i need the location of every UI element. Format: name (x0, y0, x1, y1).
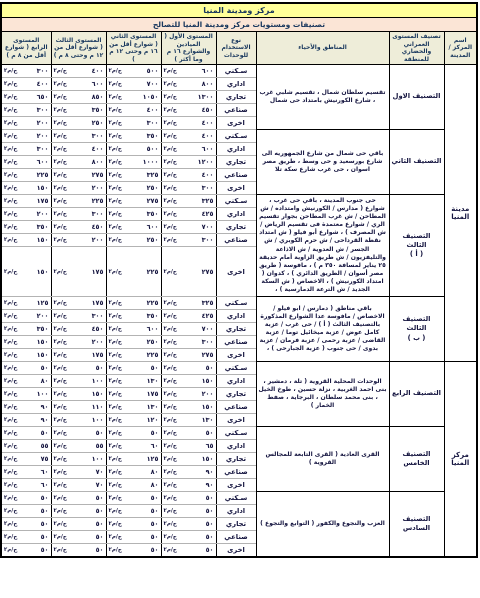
price-wrap: ٥٠ج/م٢ (54, 364, 104, 372)
price-cell-level-4: ٣٠٠ج/م٢ (1, 143, 51, 156)
areas-cell: القرى العادية ( القرى التابعة للمجالس ال… (256, 427, 389, 492)
price-unit: ج/م٢ (4, 534, 17, 540)
page-subtitle: تصنيفات ومستويات مركز ومدينة المنيا للتص… (1, 18, 477, 32)
price-unit: ج/م٢ (54, 469, 67, 475)
usage-type-cell: سـكني (216, 362, 256, 375)
price-cell-level-1: ٨٠٠ج/م٢ (161, 78, 216, 91)
price-wrap: ٣٠٠ج/م٢ (4, 106, 49, 114)
price-cell-level-2: ٥٠ج/م٢ (106, 505, 161, 518)
price-unit: ج/م٢ (4, 365, 17, 371)
price-unit: ج/م٢ (109, 185, 122, 191)
price-unit: ج/م٢ (54, 443, 67, 449)
table-body: مدينة المنياالتصنيف الاولتقسيم سلطان شما… (1, 65, 477, 557)
price-wrap: ١٥٠ج/م٢ (4, 236, 49, 244)
price-cell-level-3: ٤٠٠ج/م٢ (51, 143, 106, 156)
price-wrap: ٣٥٠ج/م٢ (54, 106, 104, 114)
price-cell-level-1: ١٢٠٠ج/م٢ (161, 156, 216, 169)
price-value: ٣٠٠ (202, 184, 214, 192)
price-unit: ج/م٢ (4, 339, 17, 345)
price-wrap: ٥٠ج/م٢ (109, 364, 159, 372)
price-value: ١١٠ (92, 403, 104, 411)
price-value: ٥٠ (151, 429, 159, 437)
price-cell-level-4: ٦٠ج/م٢ (1, 466, 51, 479)
price-wrap: ٢٢٥ج/م٢ (4, 171, 49, 179)
price-wrap: ٧٠ج/م٢ (54, 481, 104, 489)
price-cell-level-2: ٥٠ج/م٢ (106, 518, 161, 531)
price-unit: ج/م٢ (109, 159, 122, 165)
price-unit: ج/م٢ (4, 120, 17, 126)
price-cell-level-3: ٨٥٠ج/م٢ (51, 91, 106, 104)
price-value: ٢٠٠ (92, 236, 104, 244)
price-cell-level-4: ٩٠ج/م٢ (1, 401, 51, 414)
price-cell-level-1: ٢٧٥ج/م٢ (161, 349, 216, 362)
price-value: ٣٥٠ (37, 223, 49, 231)
price-unit: ج/م٢ (4, 391, 17, 397)
price-cell-level-2: ١٢٠ج/م٢ (106, 414, 161, 427)
price-value: ٥٠ (151, 533, 159, 541)
price-wrap: ٥٠ج/م٢ (4, 533, 49, 541)
price-value: ٤٠٠ (147, 106, 159, 114)
price-wrap: ٨٠٠ج/م٢ (54, 158, 104, 166)
price-unit: ج/م٢ (164, 417, 177, 423)
price-cell-level-2: ٦٠٠ج/م٢ (106, 323, 161, 336)
classification-cell: التصنيف الثالث ( أ ) (389, 195, 444, 297)
price-unit: ج/م٢ (109, 300, 122, 306)
price-value: ٦٠٠ (92, 80, 104, 88)
price-wrap: ٥٠ج/م٢ (164, 494, 214, 502)
price-unit: ج/م٢ (109, 269, 122, 275)
price-cell-level-4: ٢٠٠ج/م٢ (1, 130, 51, 143)
price-wrap: ٥٠ج/م٢ (109, 507, 159, 515)
usage-type-cell: اخرى (216, 544, 256, 557)
price-cell-level-4: ١٥٠ج/م٢ (1, 247, 51, 297)
price-cell-level-4: ٣٥٠ج/م٢ (1, 221, 51, 234)
price-unit: ج/م٢ (109, 146, 122, 152)
price-wrap: ٦٠ج/م٢ (4, 468, 49, 476)
price-value: ٥٠ (96, 533, 104, 541)
price-value: ١٠٠ (92, 416, 104, 424)
price-cell-level-1: ١٣٠ج/م٢ (161, 414, 216, 427)
price-value: ٥٠ (41, 520, 49, 528)
price-wrap: ٤٠٠ج/م٢ (164, 119, 214, 127)
price-value: ١٥٠ (37, 236, 49, 244)
price-unit: ج/م٢ (54, 417, 67, 423)
price-cell-level-3: ١٠٠ج/م٢ (51, 414, 106, 427)
price-wrap: ١٢٠٠ج/م٢ (164, 158, 214, 166)
usage-type-cell: تجاري (216, 453, 256, 466)
price-unit: ج/م٢ (109, 120, 122, 126)
price-cell-level-2: ٢٢٥ج/م٢ (106, 297, 161, 310)
price-value: ٣٠٠ (37, 67, 49, 75)
price-unit: ج/م٢ (54, 430, 67, 436)
usage-type-cell: اخرى (216, 349, 256, 362)
price-cell-level-2: ٥٠ج/م٢ (106, 492, 161, 505)
price-unit: ج/م٢ (54, 534, 67, 540)
price-value: ٧٠٠ (147, 80, 159, 88)
price-cell-level-3: ٧٠ج/م٢ (51, 479, 106, 492)
price-wrap: ٨٠٠ج/م٢ (164, 80, 214, 88)
price-unit: ج/م٢ (4, 547, 17, 553)
price-unit: ج/م٢ (4, 352, 17, 358)
price-cell-level-4: ١٧٥ج/م٢ (1, 195, 51, 208)
usage-type-cell: اخرى (216, 479, 256, 492)
price-value: ٣٢٥ (147, 171, 159, 179)
price-value: ١٥٠ (92, 390, 104, 398)
price-wrap: ٢٢٥ج/م٢ (109, 351, 159, 359)
price-wrap: ١٢٥ج/م٢ (109, 455, 159, 463)
price-value: ٤٠٠ (37, 80, 49, 88)
price-wrap: ٣٠٠ج/م٢ (164, 338, 214, 346)
usage-type-cell: صناعي (216, 169, 256, 182)
price-unit: ج/م٢ (4, 94, 17, 100)
price-cell-level-1: ٤٠٠ج/م٢ (161, 130, 216, 143)
price-cell-level-3: ٥٠ج/م٢ (51, 492, 106, 505)
price-wrap: ٦٠٠ج/م٢ (109, 325, 159, 333)
price-cell-level-3: ٤٥٠ج/م٢ (51, 323, 106, 336)
price-cell-level-1: ٥٠ج/م٢ (161, 505, 216, 518)
classification-cell: التصنيف السادس (389, 492, 444, 557)
price-cell-level-2: ١٢٥ج/م٢ (106, 453, 161, 466)
price-value: ٣٠٠ (202, 236, 214, 244)
usage-type-cell: صناعي (216, 336, 256, 349)
price-cell-level-2: ٥٠ج/م٢ (106, 362, 161, 375)
price-wrap: ٥٠ج/م٢ (4, 429, 49, 437)
price-wrap: ١٥٠ج/م٢ (4, 268, 49, 276)
price-unit: ج/م٢ (54, 495, 67, 501)
usage-type-cell: اداري (216, 310, 256, 323)
price-unit: ج/م٢ (4, 521, 17, 527)
price-cell-level-4: ٥٠ج/م٢ (1, 505, 51, 518)
price-unit: ج/م٢ (164, 81, 177, 87)
price-cell-level-1: ٤٠٠ج/م٢ (161, 169, 216, 182)
price-value: ٧٥ (41, 455, 49, 463)
price-wrap: ٥٠ج/م٢ (164, 507, 214, 515)
price-cell-level-3: ٢٢٥ج/م٢ (51, 195, 106, 208)
price-wrap: ٢٢٥ج/م٢ (109, 268, 159, 276)
price-cell-level-2: ٢٢٥ج/م٢ (106, 247, 161, 297)
price-value: ٦٠٠ (37, 158, 49, 166)
price-cell-level-3: ١٧٥ج/م٢ (51, 247, 106, 297)
price-cell-level-2: ٣٥٠ج/م٢ (106, 310, 161, 323)
price-value: ٤٥٠ (92, 325, 104, 333)
price-wrap: ٦٠ج/م٢ (4, 481, 49, 489)
price-cell-level-3: ١٠٠ج/م٢ (51, 375, 106, 388)
price-cell-level-2: ٦٠ج/م٢ (106, 440, 161, 453)
price-cell-level-3: ٥٠ج/م٢ (51, 427, 106, 440)
areas-cell: باقي مناطق ( دمارس / ابو فيلو / الاخصاص … (256, 297, 389, 362)
price-unit: ج/م٢ (4, 469, 17, 475)
price-cell-level-4: ٦٠٠ج/م٢ (1, 156, 51, 169)
price-unit: ج/م٢ (4, 107, 17, 113)
price-wrap: ٩٠ج/م٢ (4, 403, 49, 411)
price-value: ٢٠٠ (37, 132, 49, 140)
price-value: ٦٥ (206, 442, 214, 450)
col-header-level-1: المستوى الأول ( الميادين والشوارع ١٦ م و… (161, 32, 216, 65)
price-cell-level-3: ٣٥٠ج/م٢ (51, 104, 106, 117)
price-wrap: ٥٠ج/م٢ (4, 520, 49, 528)
price-unit: ج/م٢ (109, 326, 122, 332)
price-wrap: ٤٠٠ج/م٢ (54, 67, 104, 75)
price-wrap: ٧٠٠ج/م٢ (164, 223, 214, 231)
price-wrap: ٧٥ج/م٢ (4, 455, 49, 463)
price-wrap: ٢٠٠ج/م٢ (4, 132, 49, 140)
price-value: ٦٠ (41, 468, 49, 476)
price-unit: ج/م٢ (4, 198, 17, 204)
price-wrap: ٩٠ج/م٢ (164, 468, 214, 476)
price-value: ١٠٥٠ (143, 93, 159, 101)
price-value: ٥٠ (96, 507, 104, 515)
price-unit: ج/م٢ (164, 146, 177, 152)
price-cell-level-1: ٦٠٠ج/م٢ (161, 65, 216, 78)
price-cell-level-3: ٥٠ج/م٢ (51, 362, 106, 375)
price-cell-level-1: ٥٠ج/م٢ (161, 518, 216, 531)
price-unit: ج/م٢ (54, 404, 67, 410)
price-wrap: ٢٥٠ج/م٢ (109, 236, 159, 244)
classification-cell: التصنيف الثالث ( ب ) (389, 297, 444, 362)
price-unit: ج/م٢ (164, 133, 177, 139)
price-value: ٢٢٥ (37, 171, 49, 179)
price-unit: ج/م٢ (164, 482, 177, 488)
price-cell-level-4: ٢٠٠ج/م٢ (1, 117, 51, 130)
price-unit: ج/م٢ (164, 456, 177, 462)
price-value: ٣٠٠ (147, 119, 159, 127)
price-wrap: ٣٠٠ج/م٢ (164, 184, 214, 192)
price-wrap: ٥٠ج/م٢ (164, 533, 214, 541)
price-value: ٢٥٠ (147, 338, 159, 346)
price-cell-level-2: ٢٥٠ج/م٢ (106, 234, 161, 247)
price-unit: ج/م٢ (109, 68, 122, 74)
price-wrap: ٥٠ج/م٢ (109, 533, 159, 541)
price-cell-level-1: ١٥٠ج/م٢ (161, 375, 216, 388)
price-cell-level-3: ٥٠ج/م٢ (51, 531, 106, 544)
price-wrap: ٥٠ج/م٢ (164, 546, 214, 554)
price-cell-level-1: ٢٠٠ج/م٢ (161, 388, 216, 401)
price-wrap: ١٧٥ج/م٢ (54, 299, 104, 307)
price-unit: ج/م٢ (54, 81, 67, 87)
table-row: مركز المنياالتصنيف الرابعالوحدات المحلية… (1, 362, 477, 375)
price-cell-level-2: ٥٠ج/م٢ (106, 531, 161, 544)
price-wrap: ٣٠٠ج/م٢ (164, 236, 214, 244)
price-wrap: ٢٠٠ج/م٢ (4, 210, 49, 218)
price-unit: ج/م٢ (54, 172, 67, 178)
usage-type-cell: صناعي (216, 531, 256, 544)
price-cell-level-2: ٥٠٠ج/م٢ (106, 143, 161, 156)
price-cell-level-3: ٦٠٠ج/م٢ (51, 78, 106, 91)
price-cell-level-4: ٥٠ج/م٢ (1, 544, 51, 557)
price-cell-level-2: ١٣٠ج/م٢ (106, 375, 161, 388)
price-wrap: ١٥٠ج/م٢ (4, 338, 49, 346)
areas-cell: العزب والنجوع والكفور ( التوابع والتجوع … (256, 492, 389, 557)
price-cell-level-4: ٥٠ج/م٢ (1, 427, 51, 440)
table-row: التصنيف الثانيباقي حى شمال من شارع الجمه… (1, 130, 477, 143)
price-wrap: ٢٠٠ج/م٢ (54, 338, 104, 346)
price-wrap: ٥٠ج/م٢ (54, 546, 104, 554)
usage-type-cell: تجاري (216, 156, 256, 169)
price-unit: ج/م٢ (164, 495, 177, 501)
price-value: ٢٠٠ (92, 338, 104, 346)
price-cell-level-4: ٣٠٠ج/م٢ (1, 104, 51, 117)
price-value: ٥٠ (96, 520, 104, 528)
price-wrap: ٧٠٠ج/م٢ (109, 80, 159, 88)
price-value: ٢٥٠ (92, 119, 104, 127)
price-value: ٣٠٠ (202, 338, 214, 346)
price-unit: ج/م٢ (109, 482, 122, 488)
usage-type-cell: سـكني (216, 297, 256, 310)
price-cell-level-4: ٦٠ج/م٢ (1, 479, 51, 492)
price-value: ٥٠ (96, 546, 104, 554)
price-value: ٤٠٠ (202, 171, 214, 179)
col-header-level-4: المستوى الرابع ( شوارع أقل من ٨ م ) (1, 32, 51, 65)
price-unit: ج/م٢ (4, 159, 17, 165)
price-wrap: ٤٢٥ج/م٢ (164, 210, 214, 218)
price-wrap: ١٧٥ج/م٢ (4, 197, 49, 205)
price-wrap: ١٥٠ج/م٢ (54, 390, 104, 398)
price-wrap: ١٧٥ج/م٢ (54, 351, 104, 359)
col-header-center-name: اسم المركز / المدينة (444, 32, 477, 65)
price-unit: ج/م٢ (109, 495, 122, 501)
price-wrap: ٥٠ج/م٢ (4, 546, 49, 554)
price-value: ١٣٠ (202, 416, 214, 424)
price-unit: ج/م٢ (54, 133, 67, 139)
price-value: ٦٠٠ (147, 223, 159, 231)
price-value: ٥٠ (151, 507, 159, 515)
usage-type-cell: اداري (216, 375, 256, 388)
price-wrap: ٣٠٠ج/م٢ (54, 132, 104, 140)
price-wrap: ١٢٠ج/م٢ (109, 416, 159, 424)
price-cell-level-3: ١١٠ج/م٢ (51, 401, 106, 414)
price-value: ٤٢٥ (202, 312, 214, 320)
price-wrap: ٥٠ج/م٢ (164, 520, 214, 528)
price-unit: ج/م٢ (54, 482, 67, 488)
price-cell-level-3: ٢٧٥ج/م٢ (51, 169, 106, 182)
price-value: ١٠٠ (92, 455, 104, 463)
price-cell-level-2: ٥٠ج/م٢ (106, 544, 161, 557)
price-unit: ج/م٢ (164, 547, 177, 553)
usage-type-cell: تجاري (216, 388, 256, 401)
price-cell-level-1: ١٣٠٠ج/م٢ (161, 91, 216, 104)
price-wrap: ٣٥٠ج/م٢ (109, 210, 159, 218)
price-value: ١٠٠ (92, 377, 104, 385)
price-cell-level-3: ٢٠٠ج/م٢ (51, 234, 106, 247)
price-unit: ج/م٢ (4, 185, 17, 191)
price-wrap: ١٥٠ج/م٢ (4, 351, 49, 359)
price-value: ٢٢٥ (147, 299, 159, 307)
price-unit: ج/م٢ (164, 237, 177, 243)
price-value: ٩٠ (41, 416, 49, 424)
col-header-level-3: المستوى الثالث ( شوارع أقل من ١٢ م وحتى … (51, 32, 106, 65)
price-value: ٧٠ (96, 468, 104, 476)
price-cell-level-1: ٧٠٠ج/م٢ (161, 323, 216, 336)
price-value: ٦٠٠ (147, 325, 159, 333)
classification-cell: التصنيف الخامس (389, 427, 444, 492)
price-wrap: ٢٠٠ج/م٢ (4, 312, 49, 320)
price-value: ١٢٥ (37, 299, 49, 307)
price-unit: ج/م٢ (54, 521, 67, 527)
price-value: ٣٥٠ (147, 132, 159, 140)
price-value: ٥٠ (151, 546, 159, 554)
price-value: ١٥٠ (202, 455, 214, 463)
price-cell-level-2: ٥٠ج/م٢ (106, 427, 161, 440)
city-name-cell: مركز المنيا (444, 362, 477, 557)
price-unit: ج/م٢ (4, 508, 17, 514)
price-wrap: ١٠٠ج/م٢ (54, 455, 104, 463)
price-wrap: ٣٠٠ج/م٢ (54, 312, 104, 320)
price-unit: ج/م٢ (4, 404, 17, 410)
price-value: ٨٠٠ (202, 80, 214, 88)
price-unit: ج/م٢ (109, 508, 122, 514)
price-wrap: ٣٥٠ج/م٢ (109, 132, 159, 140)
table-row: التصنيف السادسالعزب والنجوع والكفور ( ال… (1, 492, 477, 505)
price-unit: ج/م٢ (109, 339, 122, 345)
price-cell-level-3: ٢٠٠ج/م٢ (51, 182, 106, 195)
price-cell-level-1: ٣٠٠ج/م٢ (161, 234, 216, 247)
usage-type-cell: اخرى (216, 117, 256, 130)
price-value: ٥٠ (206, 507, 214, 515)
price-wrap: ١٠٥٠ج/م٢ (109, 93, 159, 101)
price-value: ٣٠٠ (92, 210, 104, 218)
price-unit: ج/م٢ (164, 107, 177, 113)
price-value: ٥٠ (41, 429, 49, 437)
price-wrap: ٣٥٠ج/م٢ (109, 312, 159, 320)
price-unit: ج/م٢ (54, 107, 67, 113)
usage-type-cell: اداري (216, 505, 256, 518)
price-unit: ج/م٢ (164, 300, 177, 306)
price-cell-level-3: ٨٠٠ج/م٢ (51, 156, 106, 169)
price-value: ٥٠ (41, 533, 49, 541)
price-unit: ج/م٢ (164, 120, 177, 126)
price-value: ٤٥٠ (92, 223, 104, 231)
price-value: ٥٥ (96, 442, 104, 450)
table-row: التصنيف الثالث ( أ )حى جنوب المدينة ، با… (1, 195, 477, 208)
price-wrap: ٢٠٠ج/م٢ (54, 184, 104, 192)
price-unit: ج/م٢ (4, 211, 17, 217)
price-value: ٥٥ (41, 442, 49, 450)
col-header-usage-type: نوع الاستخدام للوحدات (216, 32, 256, 65)
price-value: ٥٠ (206, 520, 214, 528)
table-row: التصنيف الخامسالقرى العادية ( القرى التا… (1, 427, 477, 440)
price-value: ٢٠٠ (202, 390, 214, 398)
price-value: ١٢٠ (147, 416, 159, 424)
price-value: ٥٠ (206, 364, 214, 372)
price-wrap: ٥٠ج/م٢ (4, 494, 49, 502)
price-wrap: ٣٢٥ج/م٢ (164, 197, 214, 205)
usage-type-cell: اداري (216, 440, 256, 453)
price-value: ٢٠٠ (92, 184, 104, 192)
price-cell-level-3: ١٥٠ج/م٢ (51, 388, 106, 401)
price-unit: ج/م٢ (164, 313, 177, 319)
price-value: ٥٠ (206, 494, 214, 502)
price-wrap: ٥٥ج/م٢ (54, 442, 104, 450)
price-unit: ج/م٢ (54, 391, 67, 397)
price-unit: ج/م٢ (164, 198, 177, 204)
price-value: ٥٠ (41, 364, 49, 372)
price-wrap: ١٧٥ج/م٢ (54, 268, 104, 276)
usage-type-cell: سـكني (216, 65, 256, 78)
price-wrap: ٢٥٠ج/م٢ (54, 119, 104, 127)
price-cell-level-4: ٣٠٠ج/م٢ (1, 65, 51, 78)
price-value: ٥٠ (96, 364, 104, 372)
price-cell-level-4: ١٠٠ج/م٢ (1, 388, 51, 401)
price-value: ٢٠٠ (37, 210, 49, 218)
price-value: ٣٥٠ (37, 325, 49, 333)
price-cell-level-2: ٧٠٠ج/م٢ (106, 78, 161, 91)
price-unit: ج/م٢ (109, 81, 122, 87)
price-unit: ج/م٢ (4, 237, 17, 243)
price-wrap: ٤٥٠ج/م٢ (54, 223, 104, 231)
usage-type-cell: اداري (216, 143, 256, 156)
price-wrap: ٩٠ج/م٢ (4, 416, 49, 424)
price-cell-level-3: ٥٠ج/م٢ (51, 505, 106, 518)
